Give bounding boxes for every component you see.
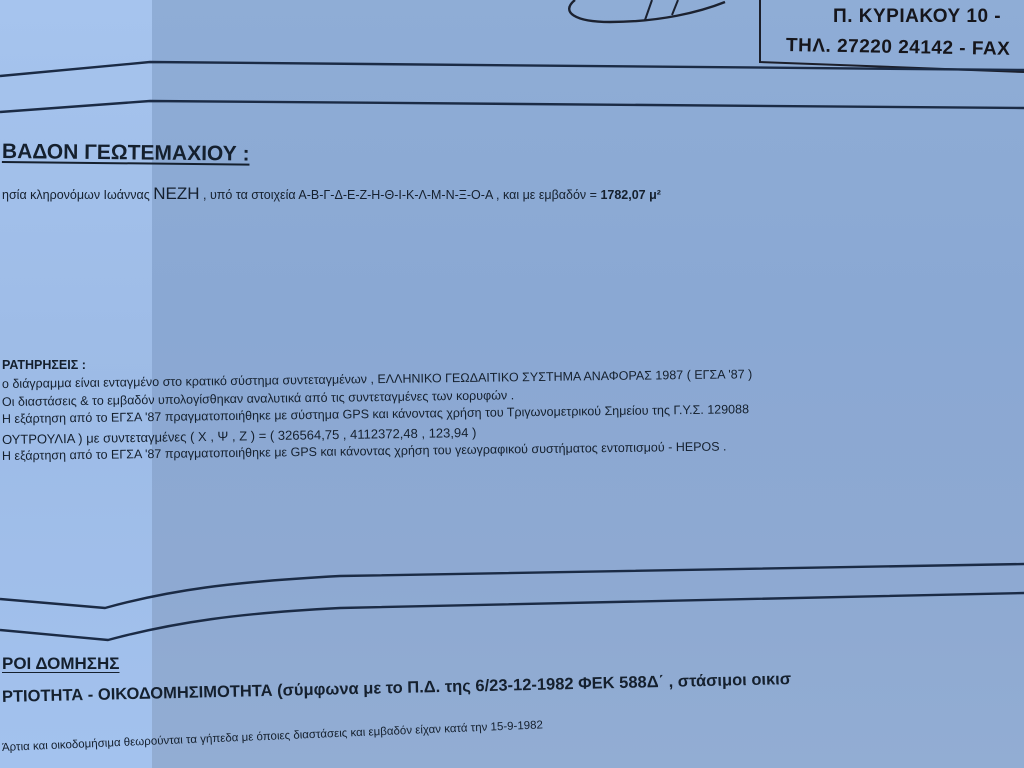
owner-name: ΝΕΖΗ [153,184,199,203]
building-terms-title: ΡΟΙ ΔΟΜΗΣΗΣ [2,654,119,674]
remarks-title: ΡΑΤΗΡΗΣΕΙΣ : [2,358,86,372]
area-value: 1782,07 μ² [600,188,660,202]
area-description: ησία κληρονόμων Ιωάννας ΝΕΖΗ , υπό τα στ… [2,184,661,204]
stamp-address: Π. ΚΥΡΙΑΚΟΥ 10 - [833,6,1001,28]
area-line-prefix: ησία κληρονόμων Ιωάννας [2,188,150,202]
area-section-title: ΒΑΔΟΝ ΓΕΩΤΕΜΑΧΙΟΥ : [2,140,250,167]
area-line-middle: , υπό τα στοιχεία Α-Β-Γ-Δ-Ε-Ζ-Η-Θ-Ι-Κ-Λ-… [200,188,601,202]
stamp-phone: ΤΗΛ. 27220 24142 - FAX [786,35,1011,61]
